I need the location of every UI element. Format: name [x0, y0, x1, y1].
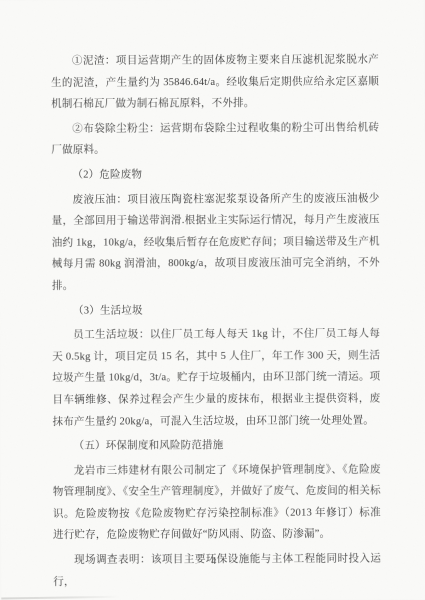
heading-hazardous-waste: （2）危险废物: [51, 163, 379, 186]
heading-env-protection-system: （五）环保制度和风险防范措施: [53, 434, 381, 457]
document-page: ①泥渣：项目运营期产生的固体废物主要来自压滤机泥浆脱水产生的泥渣，产生量约为 3…: [0, 0, 425, 600]
paragraph-hydraulic-oil: 废液压油：项目液压陶瓷柱塞泥浆泵设备所产生的废液压油极少量，全部回用于输送带润滑…: [52, 188, 380, 297]
scan-paper-edge-artifact: [1, 596, 119, 600]
document-body-text: ①泥渣：项目运营期产生的固体废物主要来自压滤机泥浆脱水产生的泥渣，产生量约为 3…: [51, 49, 381, 596]
page-number: 4: [1, 555, 425, 568]
paragraph-domestic-waste: 员工生活垃圾：以住厂员工每人每天 1kg 计，不住厂员工每人每天 0.5kg 计…: [52, 323, 380, 432]
heading-domestic-waste: （3）生活垃圾: [52, 299, 380, 322]
paragraph-management-systems: 龙岩市三炜建材有限公司制定了《环境保护管理制度》、《危险废物管理制度》、《安全生…: [53, 459, 381, 547]
paragraph-bag-dust: ②布袋除尘粉尘：运营期布袋除尘过程收集的粉尘可出售给机砖厂做原料。: [51, 117, 379, 162]
scanned-document-page: { "document": { "page_number": "4", "pap…: [0, 0, 425, 600]
paragraph-sludge: ①泥渣：项目运营期产生的固体废物主要来自压滤机泥浆脱水产生的泥渣，产生量约为 3…: [51, 49, 379, 115]
